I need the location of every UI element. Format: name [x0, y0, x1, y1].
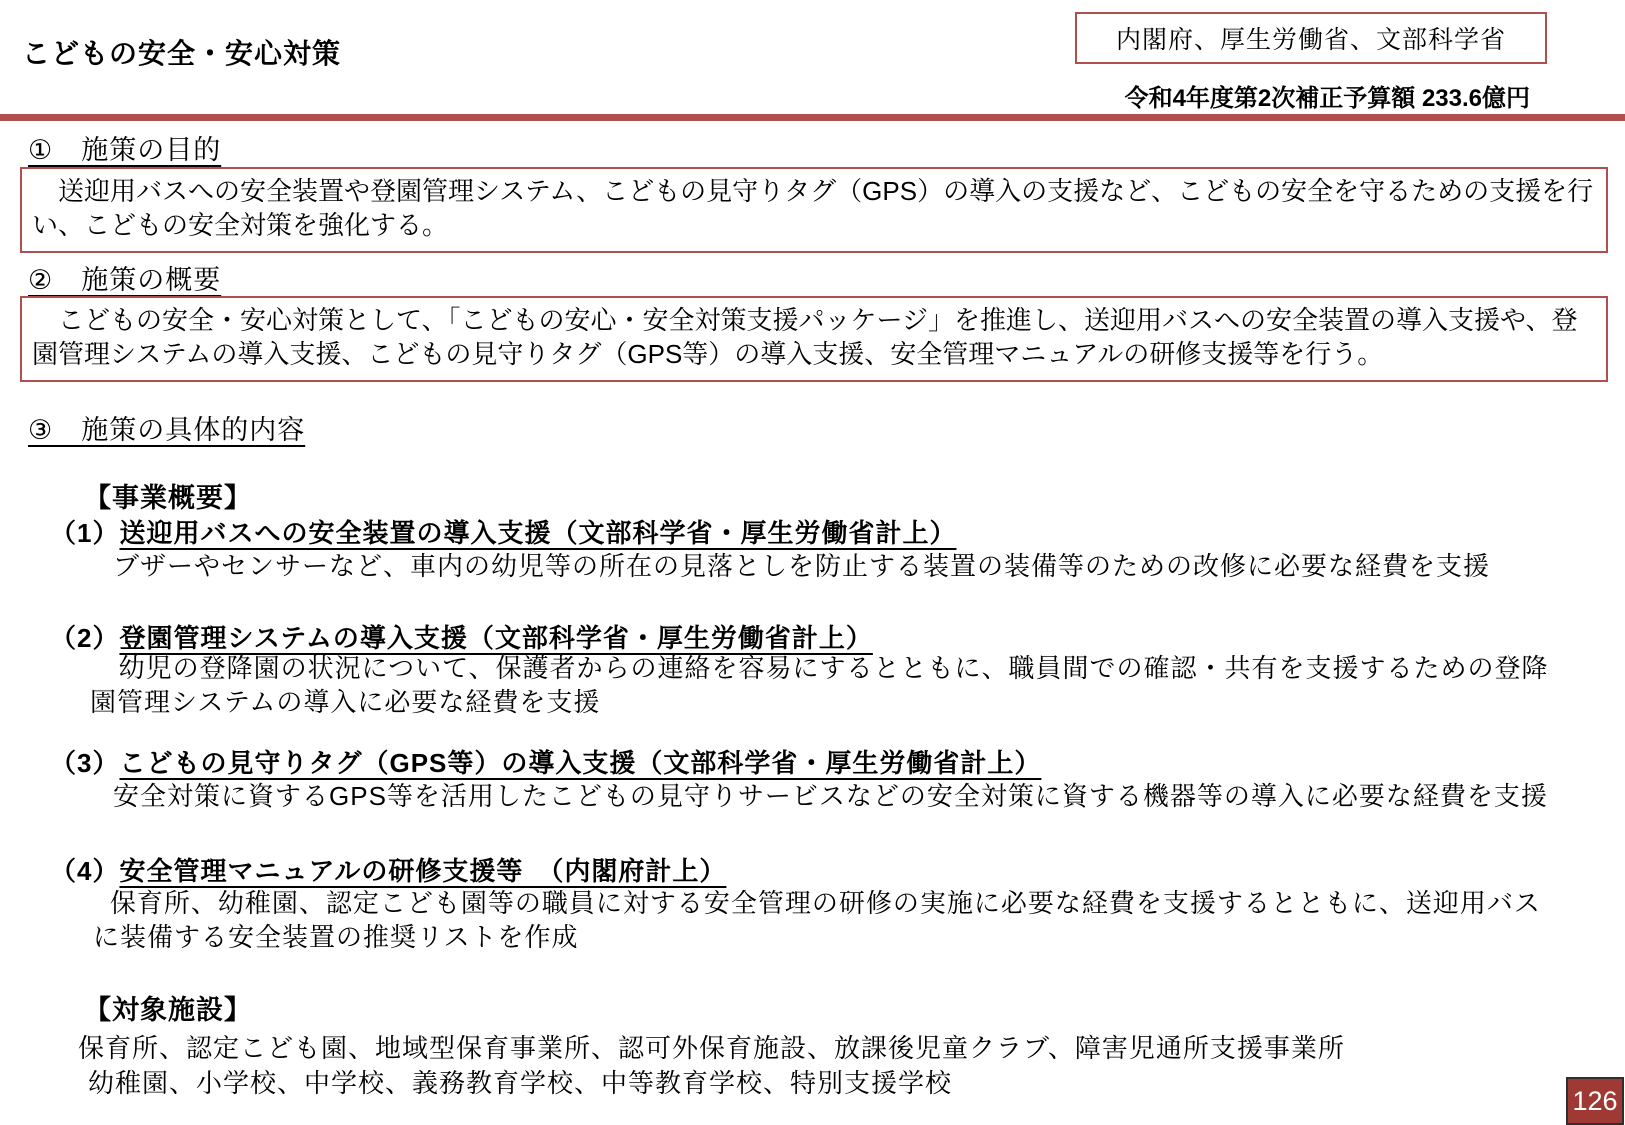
item2-number: （2） [50, 623, 119, 653]
ministries-text: 内閣府、厚生労働省、文部科学省 [1116, 20, 1506, 56]
overview-label: 【事業概要】 [84, 476, 252, 515]
section2-box: こどもの安全・安心対策として、「こどもの安心・安全対策支援パッケージ」を推進し、… [20, 296, 1608, 382]
section2-body: こどもの安全・安心対策として、「こどもの安心・安全対策支援パッケージ」を推進し、… [32, 303, 1596, 372]
item4-body: 保育所、幼稚園、認定こども園等の職員に対する安全管理の研修の実施に必要な経費を支… [93, 886, 1545, 955]
item3-number: （3） [50, 748, 119, 778]
item2-body: 幼児の登降園の状況について、保護者からの連絡を容易にするとともに、職員間での確認… [90, 651, 1558, 720]
facilities-label: 【対象施設】 [84, 988, 252, 1027]
item1-body: ブザーやセンサーなど、車内の幼児等の所在の見落としを防止する装置の装備等のための… [113, 549, 1583, 583]
ministries-box: 内閣府、厚生労働省、文部科学省 [1075, 12, 1547, 64]
item1-number: （1） [50, 518, 119, 548]
section1-heading: ① 施策の目的 [28, 128, 221, 167]
page-number-badge: 126 [1566, 1077, 1624, 1125]
item3-title: こどもの見守りタグ（GPS等）の導入支援（文部科学省・厚生労働省計上） [119, 748, 1041, 778]
slide: こどもの安全・安心対策 内閣府、厚生労働省、文部科学省 令和4年度第2次補正予算… [0, 0, 1625, 1125]
item4-title: 安全管理マニュアルの研修支援等 （内閣府計上） [119, 856, 726, 886]
section3-heading: ③ 施策の具体的内容 [28, 408, 305, 447]
item2-heading: （2）登園管理システムの導入支援（文部科学省・厚生労働省計上） [50, 618, 873, 655]
item2-title: 登園管理システムの導入支援（文部科学省・厚生労働省計上） [119, 623, 872, 653]
page-title: こどもの安全・安心対策 [22, 32, 341, 72]
page-number: 126 [1572, 1086, 1617, 1117]
item3-heading: （3）こどもの見守りタグ（GPS等）の導入支援（文部科学省・厚生労働省計上） [50, 743, 1041, 780]
budget-amount: 令和4年度第2次補正予算額 233.6億円 [1030, 78, 1530, 113]
facilities-line-2: 幼稚園、小学校、中学校、義務教育学校、中等教育学校、特別支援学校 [88, 1063, 952, 1100]
section2-heading: ② 施策の概要 [28, 258, 221, 297]
item1-title: 送迎用バスへの安全装置の導入支援（文部科学省・厚生労働省計上） [119, 518, 956, 548]
facilities-line-1: 保育所、認定こども園、地域型保育事業所、認可外保育施設、放課後児童クラブ、障害児… [78, 1028, 1345, 1065]
section1-body: 送迎用バスへの安全装置や登園管理システム、こどもの見守りタグ（GPS）の導入の支… [32, 174, 1596, 243]
item4-number: （4） [50, 856, 119, 886]
section1-box: 送迎用バスへの安全装置や登園管理システム、こどもの見守りタグ（GPS）の導入の支… [20, 167, 1608, 253]
header-divider [0, 114, 1625, 121]
item4-heading: （4）安全管理マニュアルの研修支援等 （内閣府計上） [50, 851, 726, 888]
item3-body: 安全対策に資するGPS等を活用したこどもの見守りサービスなどの安全対策に資する機… [113, 779, 1583, 813]
item1-heading: （1）送迎用バスへの安全装置の導入支援（文部科学省・厚生労働省計上） [50, 513, 956, 550]
